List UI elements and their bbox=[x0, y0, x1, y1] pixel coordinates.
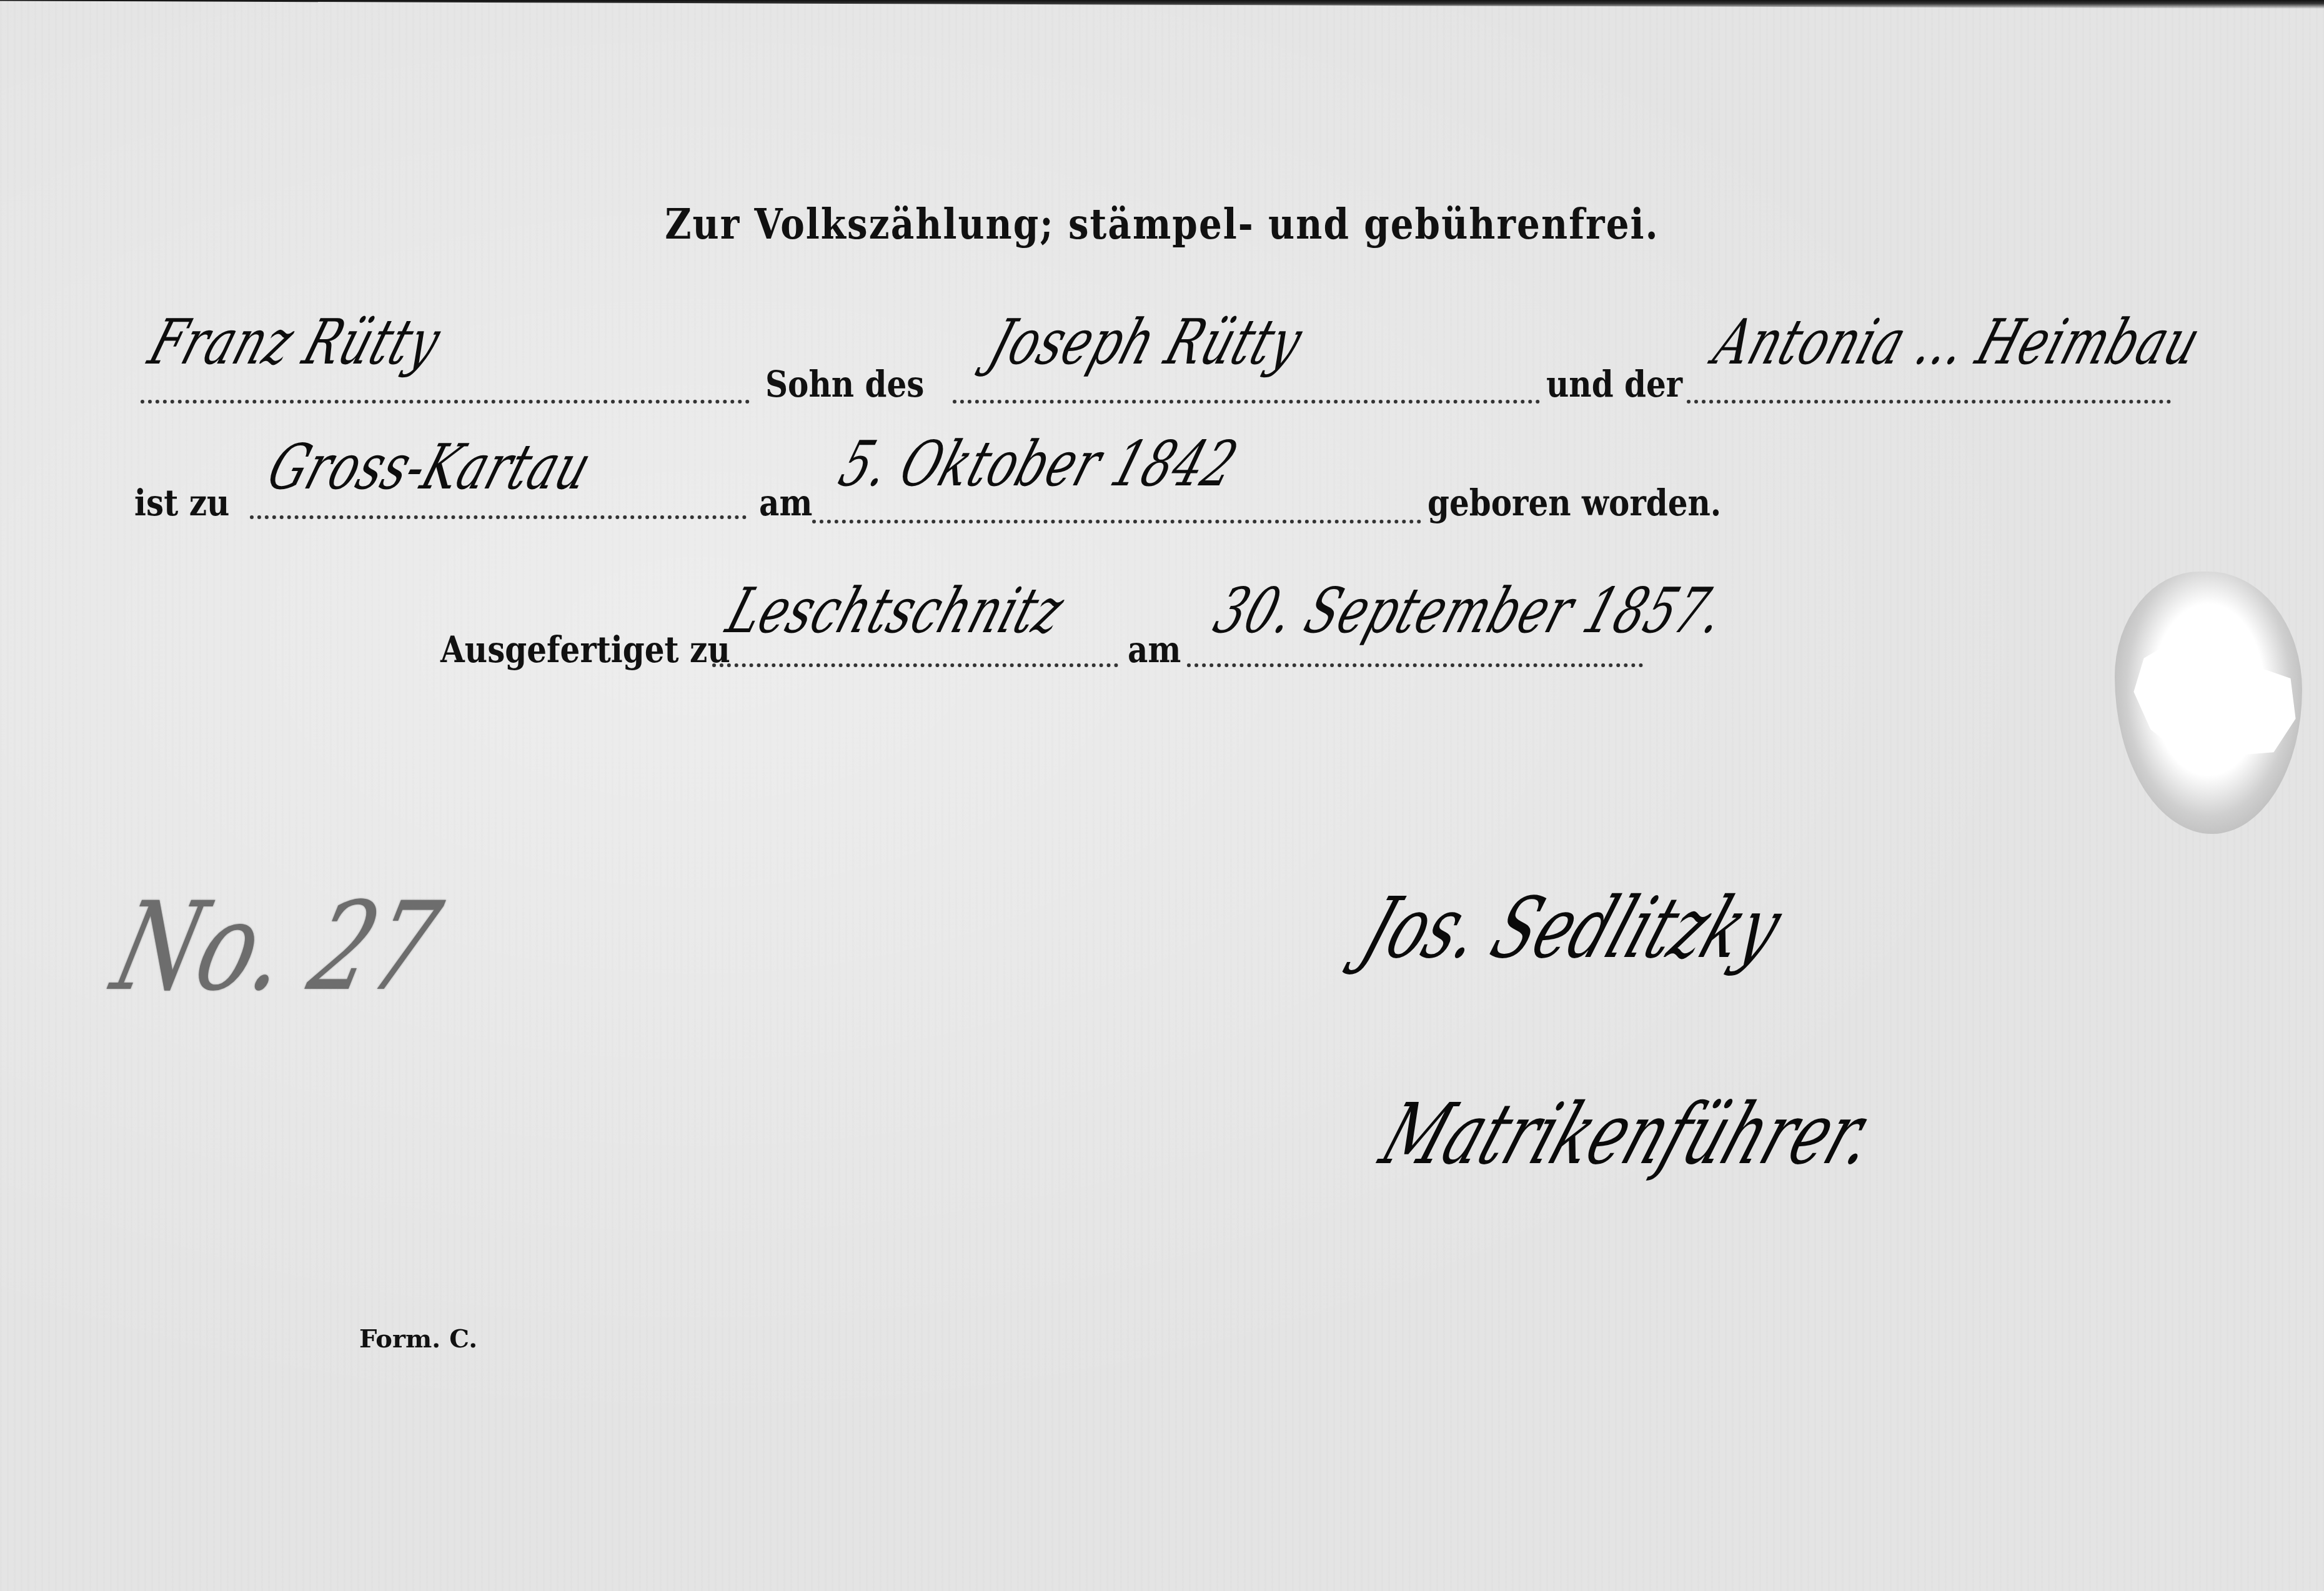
label-issued-at: Ausgefertiget zu bbox=[440, 628, 730, 671]
birthplace-dotted-line bbox=[250, 515, 747, 519]
mother-name: Antonia ... Heimbau bbox=[1706, 306, 2209, 379]
document-heading: Zur Volkszählung; stämpel- und gebührenf… bbox=[0, 200, 2324, 249]
label-on-issue: am bbox=[1128, 628, 1181, 671]
form-label: Form. C. bbox=[359, 1324, 477, 1354]
label-born: geboren worden. bbox=[1428, 482, 1721, 524]
issue-date-dotted-line bbox=[1187, 663, 1643, 667]
signature-name: Jos. Sedlitzky bbox=[1350, 880, 1794, 978]
child-name-dotted-line bbox=[141, 400, 750, 404]
father-name: Joseph Rütty bbox=[981, 306, 1311, 379]
label-on-birth: am bbox=[759, 482, 812, 524]
label-is-at: ist zu bbox=[134, 482, 229, 524]
issue-place-dotted-line bbox=[712, 663, 1118, 667]
child-name: Franz Rütty bbox=[141, 306, 449, 379]
label-son-of: Sohn des bbox=[765, 363, 925, 405]
birth-date-dotted-line bbox=[812, 520, 1421, 523]
birthplace: Gross-Kartau bbox=[259, 431, 600, 503]
label-and-of: und der bbox=[1546, 363, 1682, 405]
issue-date: 30. September 1857. bbox=[1206, 575, 1734, 647]
mother-name-dotted-line bbox=[1687, 400, 2171, 404]
signature-title: Matrikenführer. bbox=[1369, 1086, 1889, 1184]
birth-date: 5. Oktober 1842 bbox=[831, 428, 1246, 500]
issue-place: Leschtschnitz bbox=[718, 575, 1073, 647]
father-name-dotted-line bbox=[953, 400, 1540, 404]
pencil-number-annotation: No. 27 bbox=[101, 877, 452, 1018]
